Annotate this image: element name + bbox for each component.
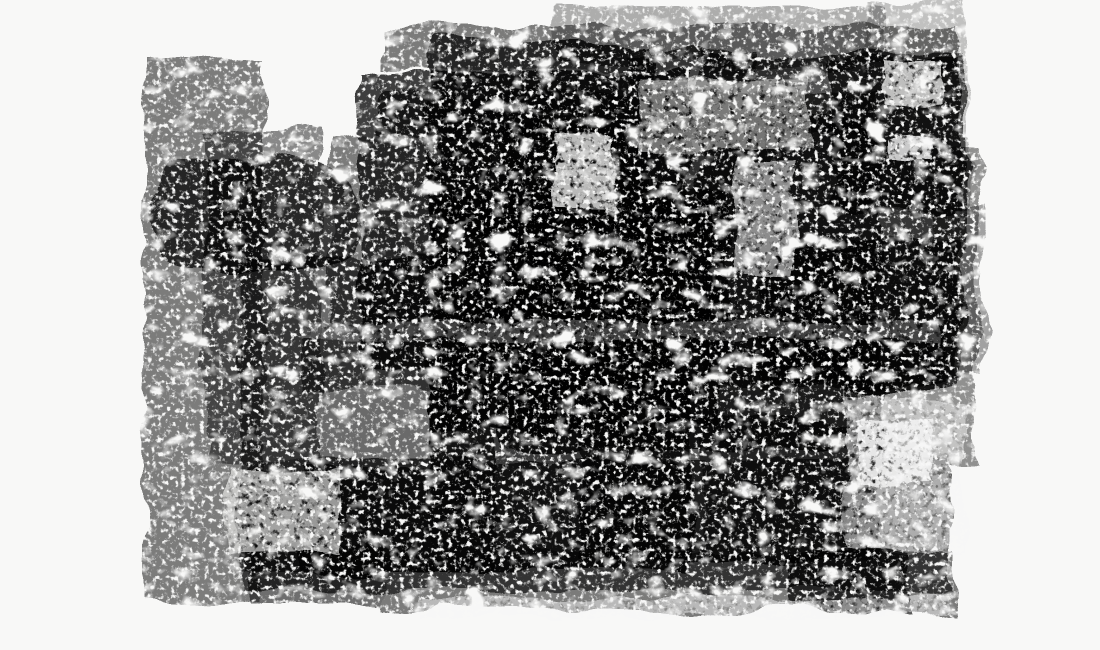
highlight-patch	[882, 62, 942, 107]
highlight-patch	[735, 160, 795, 270]
ink-texture-canvas	[0, 0, 1100, 650]
ink-texture-artwork	[0, 0, 1100, 650]
highlight-patch	[640, 80, 810, 150]
highlight-patch	[300, 322, 940, 340]
highlight-patch	[888, 138, 933, 160]
highlight-patch	[858, 420, 933, 485]
highlight-patch	[555, 135, 615, 210]
highlight-patch	[420, 598, 950, 618]
highlight-patch	[225, 468, 340, 553]
ink-patch	[250, 545, 380, 605]
ink-patch	[152, 158, 357, 270]
